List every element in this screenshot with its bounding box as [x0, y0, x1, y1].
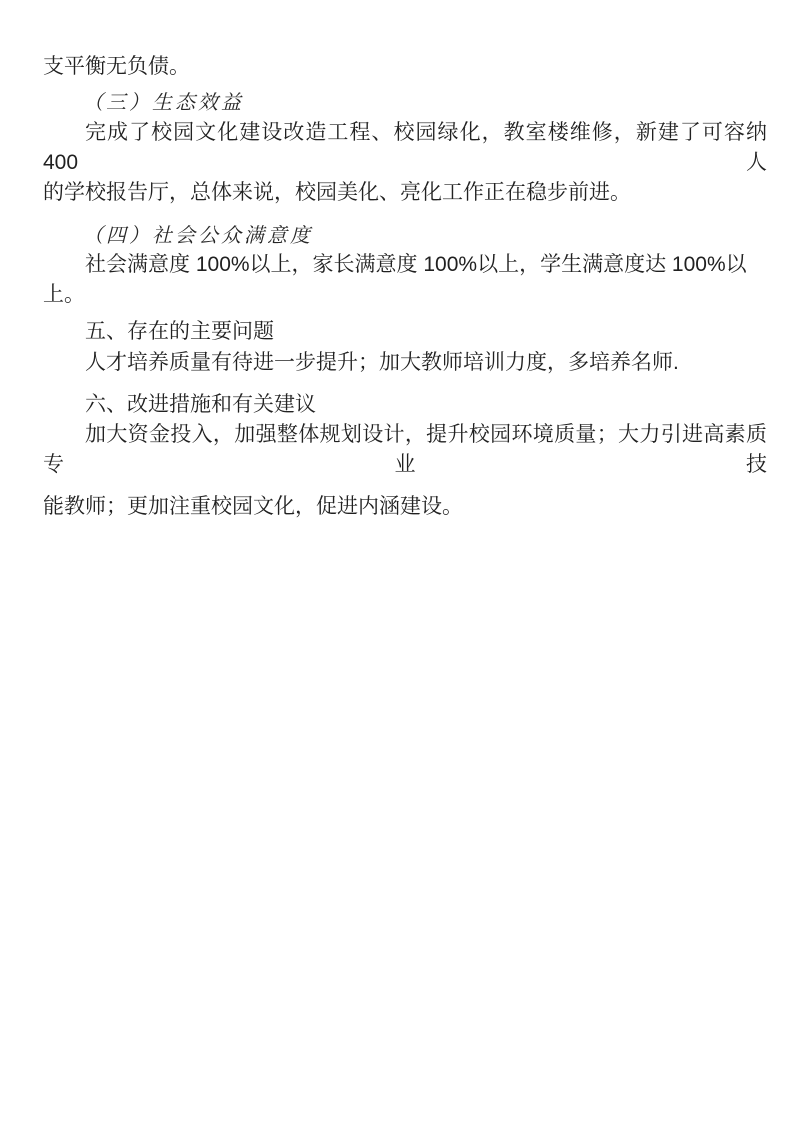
para-campus-construction-line2: 的学校报告厅，总体来说，校园美化、亮化工作正在稳步前进。 [43, 178, 767, 208]
para-campus-construction-line1: 完成了校园文化建设改造工程、校园绿化，教室楼维修，新建了可容纳 400 人 [43, 118, 767, 178]
para-balance-continuation: 支平衡无负债。 [43, 52, 767, 82]
subheading-public-satisfaction: （四）社会公众满意度 [43, 220, 767, 250]
para-problems: 人才培养质量有待进一步提升；加大教师培训力度，多培养名师. [43, 348, 767, 378]
heading-main-problems: 五、存在的主要问题 [43, 317, 767, 347]
para-improvements-line2: 能教师；更加注重校园文化，促进内涵建设。 [43, 492, 767, 522]
para-satisfaction-rates: 社会满意度 100%以上，家长满意度 100%以上，学生满意度达 100%以上。 [43, 250, 767, 310]
para-improvements-line1: 加大资金投入，加强整体规划设计，提升校园环境质量；大力引进高素质专业技 [43, 420, 767, 480]
subheading-ecological-benefits: （三）生态效益 [43, 87, 767, 117]
document-page: 支平衡无负债。 （三）生态效益 完成了校园文化建设改造工程、校园绿化，教室楼维修… [0, 0, 793, 1122]
heading-improvement-suggestions: 六、改进措施和有关建议 [43, 390, 767, 420]
